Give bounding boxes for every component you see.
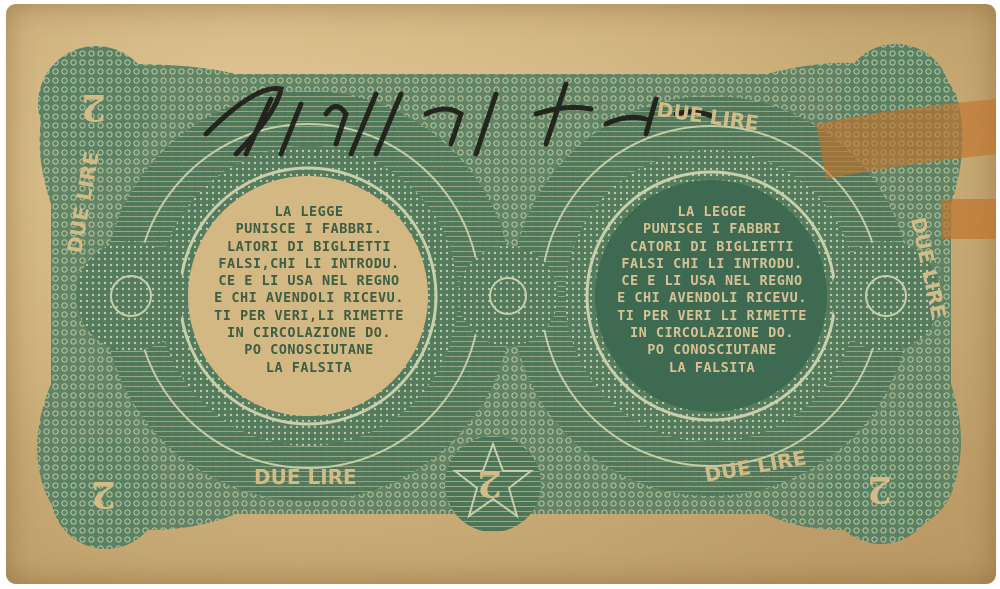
guilloche-ornament: DUE LIRE DUE LIRE DUE LIRE DUE LIRE DUE … — [6, 4, 996, 584]
svg-text:2: 2 — [81, 86, 106, 128]
banknote-reverse: DUE LIRE DUE LIRE DUE LIRE DUE LIRE DUE … — [6, 4, 996, 584]
svg-text:2: 2 — [91, 473, 116, 515]
svg-text:2: 2 — [477, 462, 502, 504]
side-mark: 386 — [933, 259, 946, 282]
penalty-notice-right: LA LEGGE PUNISCE I FABBRI CATORI DI BIGL… — [594, 204, 830, 377]
penalty-notice-left: LA LEGGE PUNISCE I FABBRI. LATORI DI BIG… — [184, 204, 434, 377]
border-label-bottom-left: DUE LIRE — [254, 465, 357, 489]
svg-text:2: 2 — [867, 468, 892, 510]
